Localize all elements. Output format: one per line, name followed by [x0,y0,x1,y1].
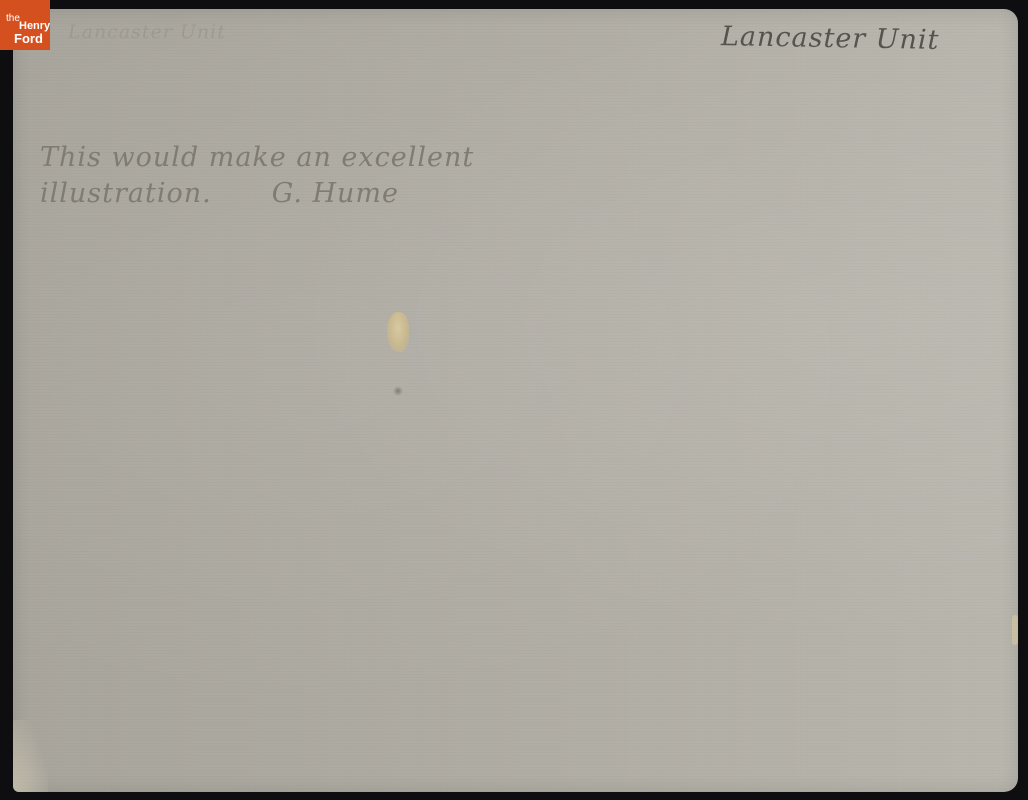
logo-ford: Ford [14,32,43,45]
logo-the: the [6,14,20,24]
handwritten-note: This would make an excellent illustratio… [40,140,474,212]
dark-spot [393,386,403,396]
henry-ford-logo: the Henry Ford [0,0,50,50]
note-line-1: This would make an excellent [40,140,474,176]
corner-wear [13,720,48,792]
note-line-2: illustration.G. Hume [40,176,474,212]
unit-label-handwriting: Lancaster Unit [721,21,940,56]
faint-pencil-label: Lancaster Unit [68,21,226,43]
note-line-2-text: illustration. [40,178,212,209]
signature: G. Hume [272,178,399,209]
adhesive-stain [387,312,409,352]
archival-card-back: Lancaster Unit Lancaster Unit [13,9,1018,792]
edge-wear [1012,615,1018,645]
